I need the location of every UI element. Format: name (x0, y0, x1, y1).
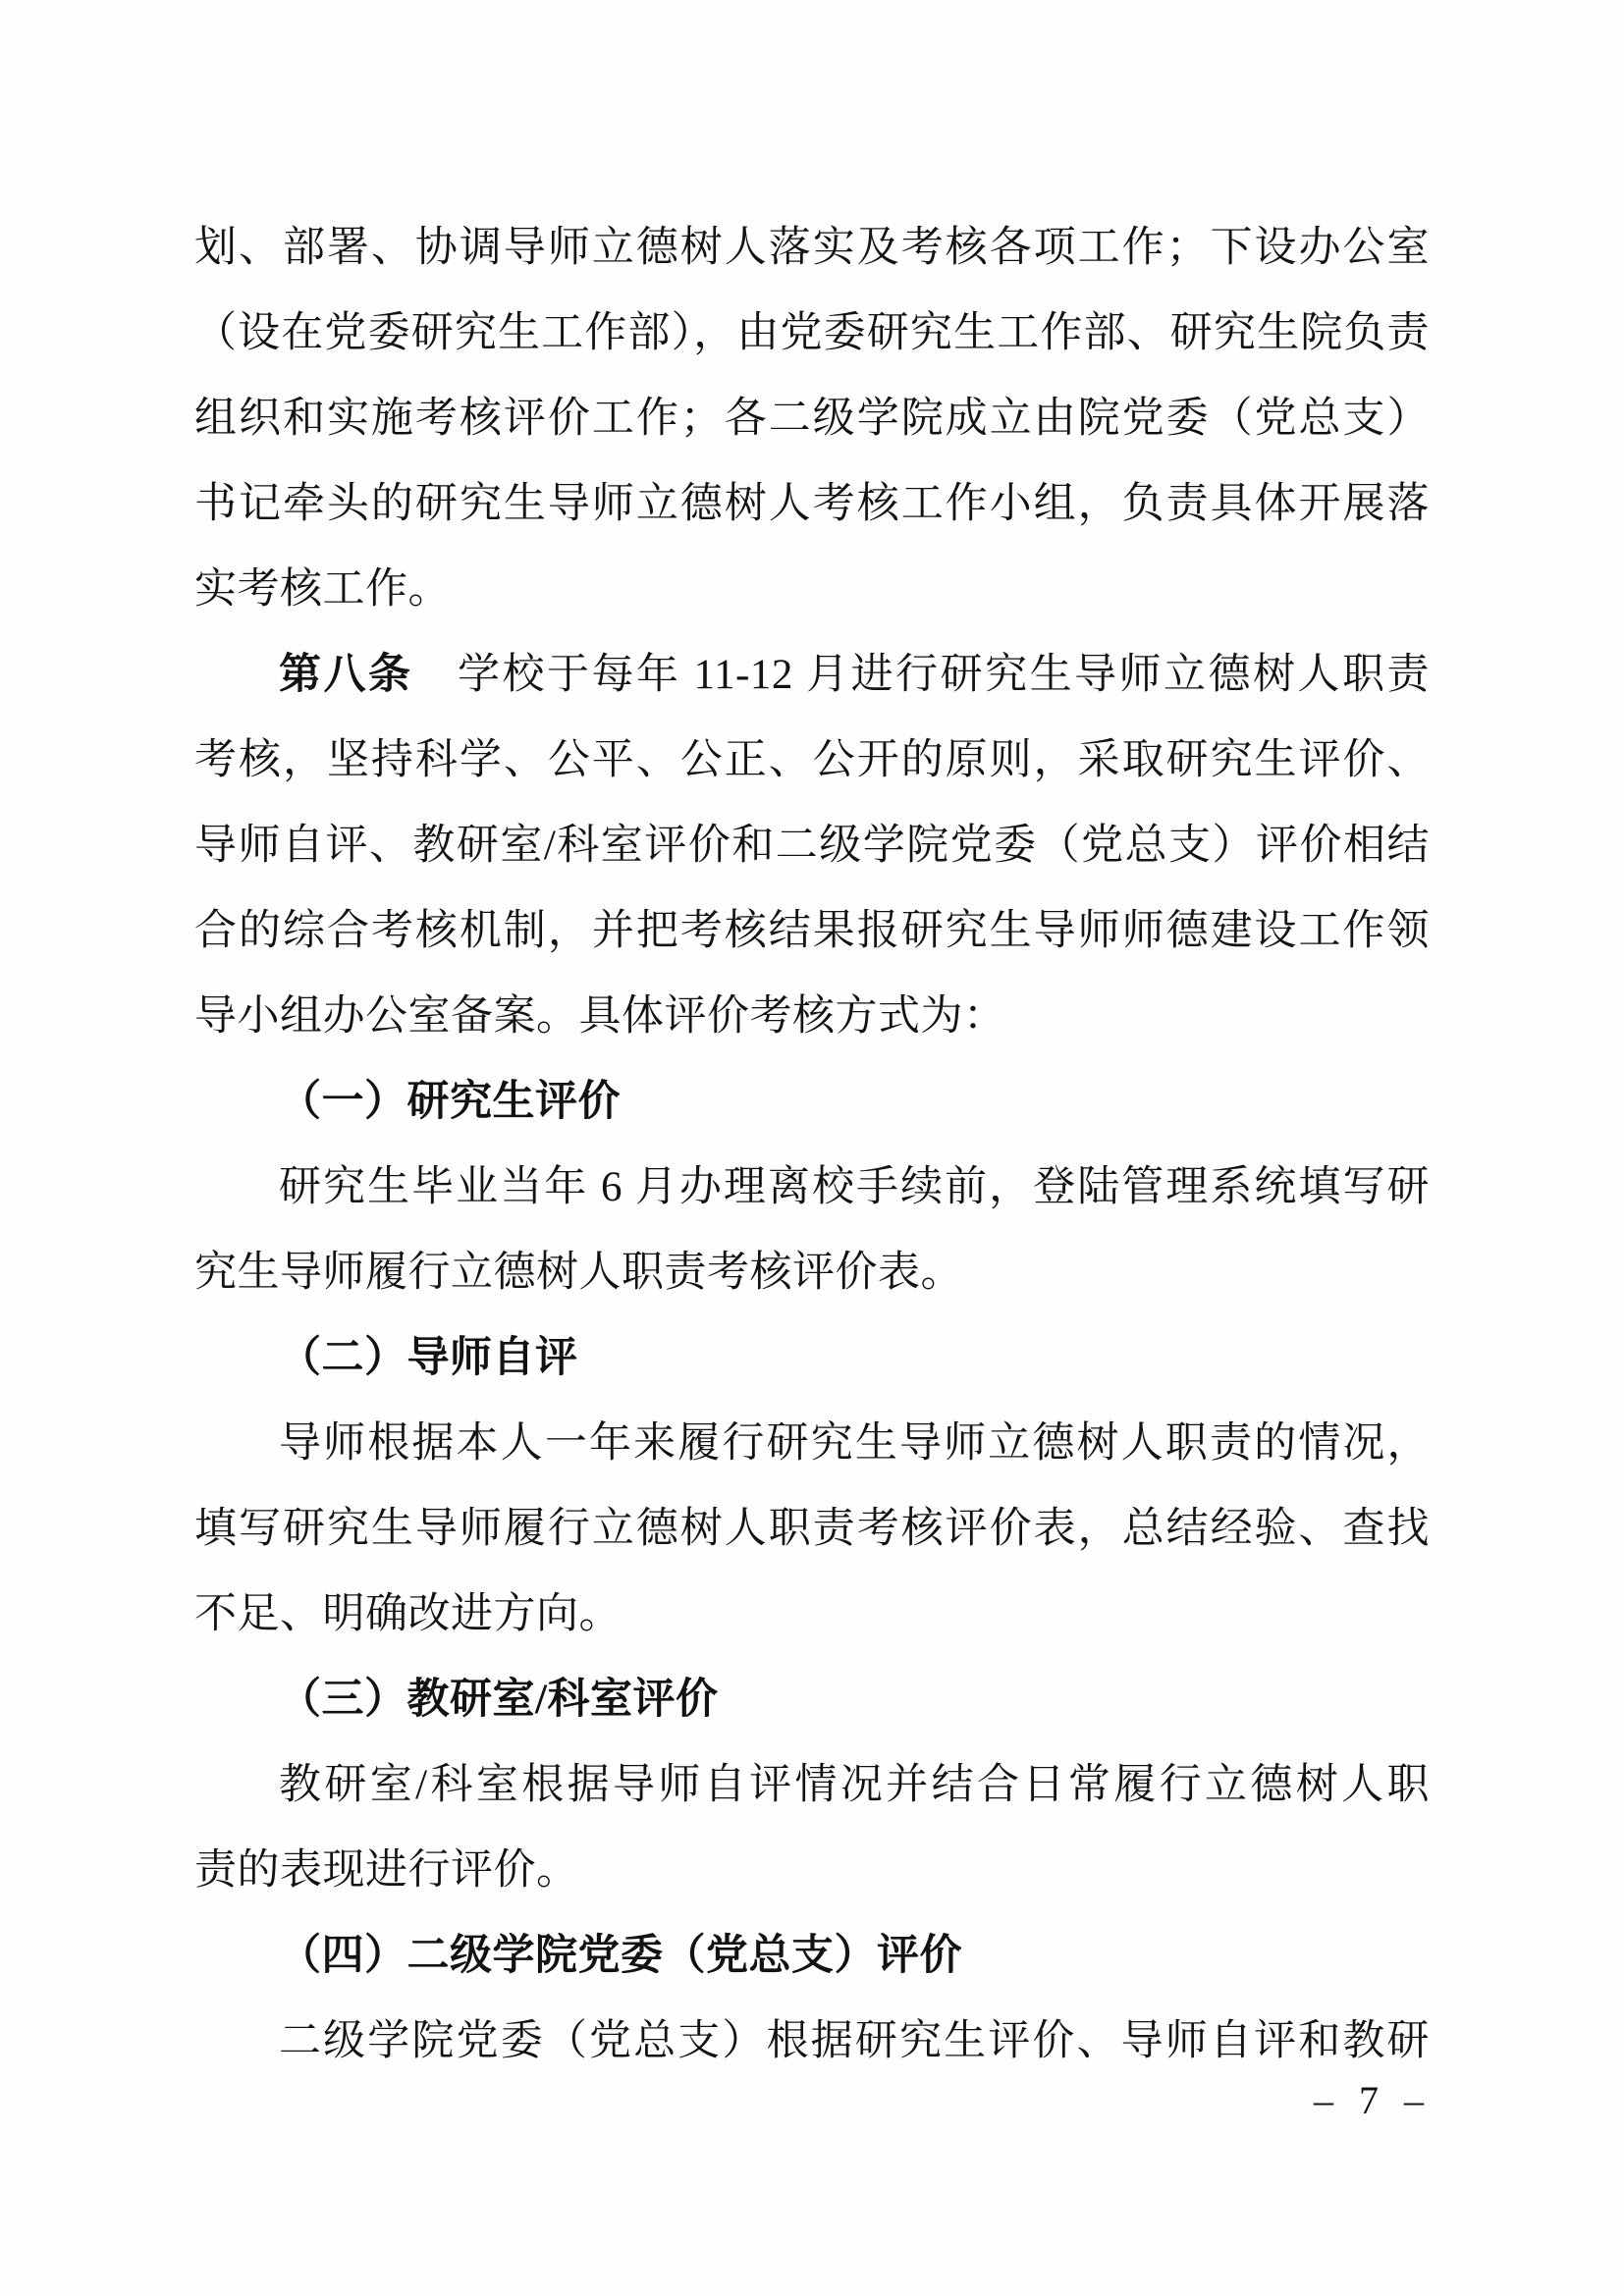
document-line: 究生导师履行立德树人职责考核评价表。 (194, 1230, 1430, 1315)
document-line: 导小组办公室备案。具体评价考核方式为： (194, 974, 1430, 1059)
document-line: 第八条 学校于每年 11-12 月进行研究生导师立德树人职责 (194, 632, 1430, 718)
document-line: 合的综合考核机制，并把考核结果报研究生导师师德建设工作领 (194, 888, 1430, 974)
line-text: 学校于每年 11-12 月进行研究生导师立德树人职责 (412, 652, 1430, 698)
document-line: 书记牵头的研究生导师立德树人考核工作小组，负责具体开展落 (194, 461, 1430, 547)
document-line: 不足、明确改进方向。 (194, 1572, 1430, 1657)
document-line: 考核，坚持科学、公平、公正、公开的原则，采取研究生评价、 (194, 718, 1430, 803)
document-line: 责的表现进行评价。 (194, 1828, 1430, 1913)
document-line: 导师自评、教研室/科室评价和二级学院党委（党总支）评价相结 (194, 803, 1430, 888)
section-heading: （三）教研室/科室评价 (194, 1657, 1430, 1742)
page-number: – 7 – (1314, 2079, 1432, 2122)
document-line: 填写研究生导师履行立德树人职责考核评价表，总结经验、查找 (194, 1486, 1430, 1572)
document-line: 划、部署、协调导师立德树人落实及考核各项工作；下设办公室 (194, 205, 1430, 291)
document-page: 划、部署、协调导师立德树人落实及考核各项工作；下设办公室 （设在党委研究生工作部… (0, 0, 1624, 2296)
section-heading: （二）导师自评 (194, 1315, 1430, 1401)
document-line: 二级学院党委（党总支）根据研究生评价、导师自评和教研 (194, 1999, 1430, 2084)
section-heading: （一）研究生评价 (194, 1059, 1430, 1145)
article-number: 第八条 (279, 652, 412, 698)
document-line: 导师根据本人一年来履行研究生导师立德树人职责的情况， (194, 1401, 1430, 1486)
document-line: （设在党委研究生工作部），由党委研究生工作部、研究生院负责 (194, 291, 1430, 376)
section-heading: （四）二级学院党委（党总支）评价 (194, 1913, 1430, 1999)
document-line: 实考核工作。 (194, 547, 1430, 632)
document-line: 组织和实施考核评价工作；各二级学院成立由院党委（党总支） (194, 376, 1430, 461)
document-body: 划、部署、协调导师立德树人落实及考核各项工作；下设办公室 （设在党委研究生工作部… (194, 205, 1430, 2084)
document-line: 教研室/科室根据导师自评情况并结合日常履行立德树人职 (194, 1742, 1430, 1828)
document-line: 研究生毕业当年 6 月办理离校手续前，登陆管理系统填写研 (194, 1145, 1430, 1230)
